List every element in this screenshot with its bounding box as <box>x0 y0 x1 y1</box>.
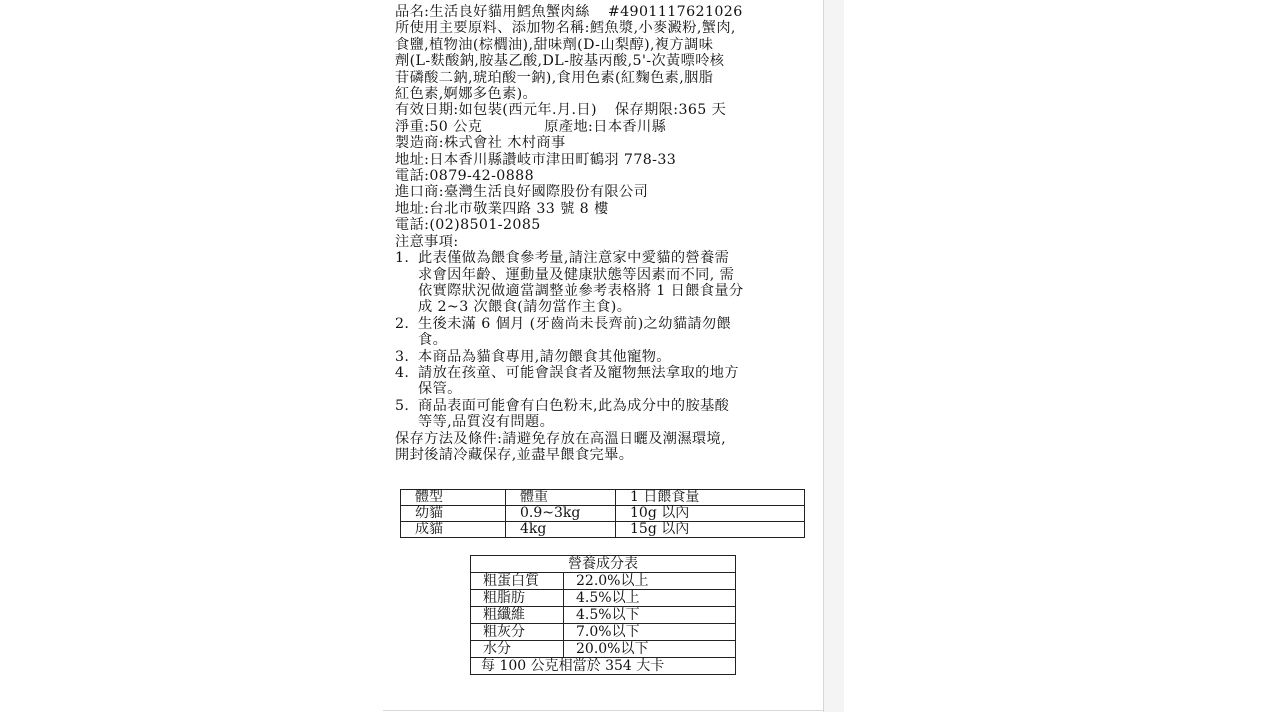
note-number: 1. <box>395 250 418 266</box>
product-label-text: 品名:生活良好貓用鱈魚蟹肉絲#4901117621026 所使用主要原料、添加物… <box>395 4 825 463</box>
note-number: 3. <box>395 349 418 365</box>
nutrient-name: 粗纖維 <box>471 607 564 624</box>
note-text: 此表僅做為餵食參考量,請注意家中愛貓的營養需 <box>418 250 729 266</box>
manufacturer-address: 地址:日本香川縣讚岐市津田町鶴羽 778-33 <box>395 152 825 168</box>
table-cell: 成貓 <box>401 522 506 538</box>
importer-phone: 電話:(02)8501-2085 <box>395 217 825 233</box>
page-edge-shadow <box>823 0 844 712</box>
nutrient-value: 7.0%以下 <box>564 624 736 641</box>
note-item: 2.生後未滿 6 個月 (牙齒尚未長齊前)之幼貓請勿餵 食。 <box>395 316 825 349</box>
note-item: 3.本商品為貓食專用,請勿餵食其他寵物。 <box>395 349 825 365</box>
nutrient-value: 4.5%以上 <box>564 590 736 607</box>
expiry-line: 有效日期:如包裝(西元年.月.日)保存期限:365 天 <box>395 102 825 118</box>
calorie-note: 每 100 公克相當於 354 大卡 <box>471 658 736 675</box>
table-row: 粗纖維 4.5%以下 <box>471 607 736 624</box>
nutrient-value: 22.0%以上 <box>564 573 736 590</box>
note-item: 5.商品表面可能會有白色粉末,此為成分中的胺基酸 等等,品質沒有問題。 <box>395 398 825 431</box>
barcode-number: #4901117621026 <box>608 4 743 20</box>
importer-address: 地址:台北市敬業四路 33 號 8 樓 <box>395 201 825 217</box>
table-cell: 4kg <box>506 522 616 538</box>
table-row: 粗蛋白質 22.0%以上 <box>471 573 736 590</box>
nutrient-name: 粗脂肪 <box>471 590 564 607</box>
nutrient-name: 水分 <box>471 641 564 658</box>
table-row: 粗脂肪 4.5%以上 <box>471 590 736 607</box>
table-cell: 幼貓 <box>401 506 506 522</box>
note-text: 依實際狀況做適當調整並參考表格將 1 日餵食量分 <box>418 283 825 299</box>
nutrition-title: 營養成分表 <box>471 556 736 573</box>
table-header-row: 體型 體重 1 日餵食量 <box>401 490 805 506</box>
note-text: 成 2~3 次餵食(請勿當作主食)。 <box>418 299 825 315</box>
shelf-life: 保存期限:365 天 <box>615 102 726 118</box>
nutrient-name: 粗灰分 <box>471 624 564 641</box>
expiry-date: 有效日期:如包裝(西元年.月.日) <box>395 102 597 118</box>
table-row: 粗灰分 7.0%以下 <box>471 624 736 641</box>
note-text: 求會因年齡、運動量及健康狀態等因素而不同, 需 <box>418 267 825 283</box>
note-number: 5. <box>395 398 418 414</box>
header-cell: 體型 <box>401 490 506 506</box>
importer: 進口商:臺灣生活良好國際股份有限公司 <box>395 184 825 200</box>
note-item: 1.此表僅做為餵食參考量,請注意家中愛貓的營養需 求會因年齡、運動量及健康狀態等… <box>395 250 825 316</box>
storage-line: 保存方法及條件:請避免存放在高溫日曬及潮濕環境, <box>395 431 825 447</box>
note-text: 本商品為貓食專用,請勿餵食其他寵物。 <box>418 349 671 365</box>
header-cell: 體重 <box>506 490 616 506</box>
table-footer-row: 每 100 公克相當於 354 大卡 <box>471 658 736 675</box>
manufacturer: 製造商:株式會社 木村商事 <box>395 135 825 151</box>
note-text: 商品表面可能會有白色粉末,此為成分中的胺基酸 <box>418 398 729 414</box>
table-cell: 10g 以內 <box>616 506 805 522</box>
note-number: 4. <box>395 365 418 381</box>
ingredients-line: 食鹽,植物油(棕櫚油),甜味劑(D-山梨醇),複方調味 <box>395 37 825 53</box>
product-name-line: 品名:生活良好貓用鱈魚蟹肉絲#4901117621026 <box>395 4 825 20</box>
nutrient-value: 20.0%以下 <box>564 641 736 658</box>
manufacturer-phone: 電話:0879-42-0888 <box>395 168 825 184</box>
header-cell: 1 日餵食量 <box>616 490 805 506</box>
note-text: 請放在孩童、可能會誤食者及寵物無法拿取的地方 <box>418 365 739 381</box>
note-text: 保管。 <box>418 381 825 397</box>
note-text: 食。 <box>418 332 825 348</box>
table-row: 成貓 4kg 15g 以內 <box>401 522 805 538</box>
notes-title: 注意事項: <box>395 234 825 250</box>
nutrient-value: 4.5%以下 <box>564 607 736 624</box>
table-title-row: 營養成分表 <box>471 556 736 573</box>
ingredients-line: 苷磷酸二鈉,琥珀酸一鈉),食用色素(紅麴色素,胭脂 <box>395 70 825 86</box>
table-row: 幼貓 0.9~3kg 10g 以內 <box>401 506 805 522</box>
feeding-table: 體型 體重 1 日餵食量 幼貓 0.9~3kg 10g 以內 成貓 4kg 15… <box>400 489 805 538</box>
note-text: 等等,品質沒有問題。 <box>418 414 825 430</box>
storage-line: 開封後請冷藏保存,並盡早餵食完畢。 <box>395 447 825 463</box>
note-text: 生後未滿 6 個月 (牙齒尚未長齊前)之幼貓請勿餵 <box>418 316 731 332</box>
note-item: 4.請放在孩童、可能會誤食者及寵物無法拿取的地方 保管。 <box>395 365 825 398</box>
net-weight: 淨重:50 公克 <box>395 119 482 135</box>
nutrient-name: 粗蛋白質 <box>471 573 564 590</box>
ingredients-line: 劑(L-麩酸鈉,胺基乙酸,DL-胺基丙酸,5'-次黃嘌呤核 <box>395 53 825 69</box>
product-name: 品名:生活良好貓用鱈魚蟹肉絲 <box>395 4 590 20</box>
table-cell: 0.9~3kg <box>506 506 616 522</box>
weight-origin-line: 淨重:50 公克原產地:日本香川縣 <box>395 119 825 135</box>
ingredients-line: 所使用主要原料、添加物名稱:鱈魚漿,小麥澱粉,蟹肉, <box>395 20 825 36</box>
note-number: 2. <box>395 316 418 332</box>
origin: 原產地:日本香川縣 <box>544 119 666 135</box>
ingredients-line: 紅色素,婀娜多色素)。 <box>395 86 825 102</box>
nutrition-table: 營養成分表 粗蛋白質 22.0%以上 粗脂肪 4.5%以上 粗纖維 4.5%以下… <box>470 555 736 675</box>
table-row: 水分 20.0%以下 <box>471 641 736 658</box>
table-cell: 15g 以內 <box>616 522 805 538</box>
